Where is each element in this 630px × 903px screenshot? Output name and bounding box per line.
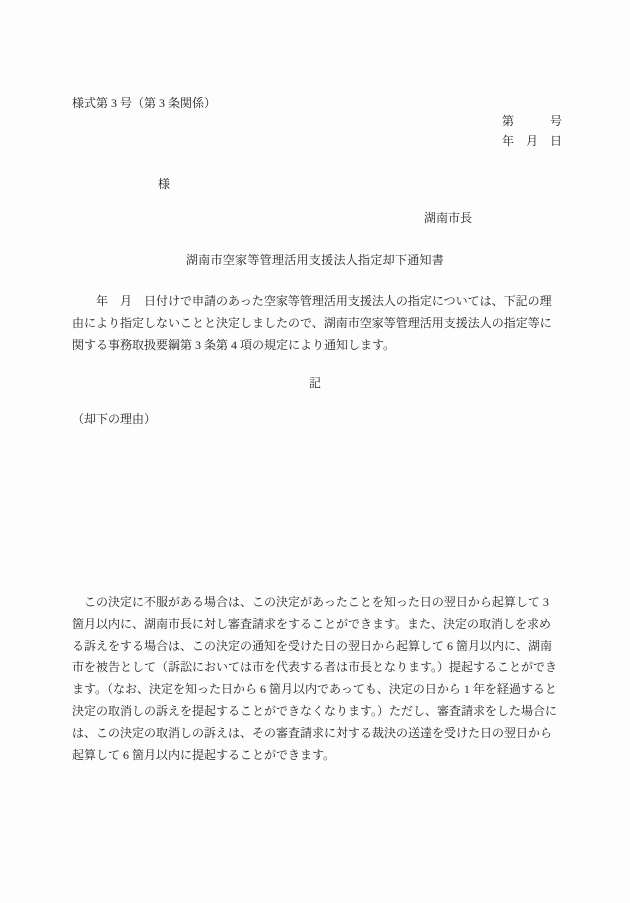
date-line: 年 月 日 [502, 130, 562, 152]
notification-body: 年 月 日付けで申請のあった空家等管理活用支援法人の指定については、下記の理 由… [72, 291, 558, 356]
addressee-honorific: 様 [158, 173, 170, 195]
sender-name: 湖南市長 [424, 207, 472, 229]
record-marker: 記 [0, 372, 630, 394]
form-number: 様式第 3 号（第 3 条関係） [72, 92, 216, 114]
document-page: 様式第 3 号（第 3 条関係） 第 号 年 月 日 様 湖南市長 湖南市空家等… [0, 0, 630, 903]
appeal-rights-notice: この決定に不服がある場合は、この決定があったことを知った日の翌日から起算して 3… [72, 592, 558, 766]
document-title: 湖南市空家等管理活用支援法人指定却下通知書 [0, 249, 630, 271]
rejection-reason-label: （却下の理由） [72, 408, 156, 430]
document-number-line: 第 号 [502, 110, 562, 132]
